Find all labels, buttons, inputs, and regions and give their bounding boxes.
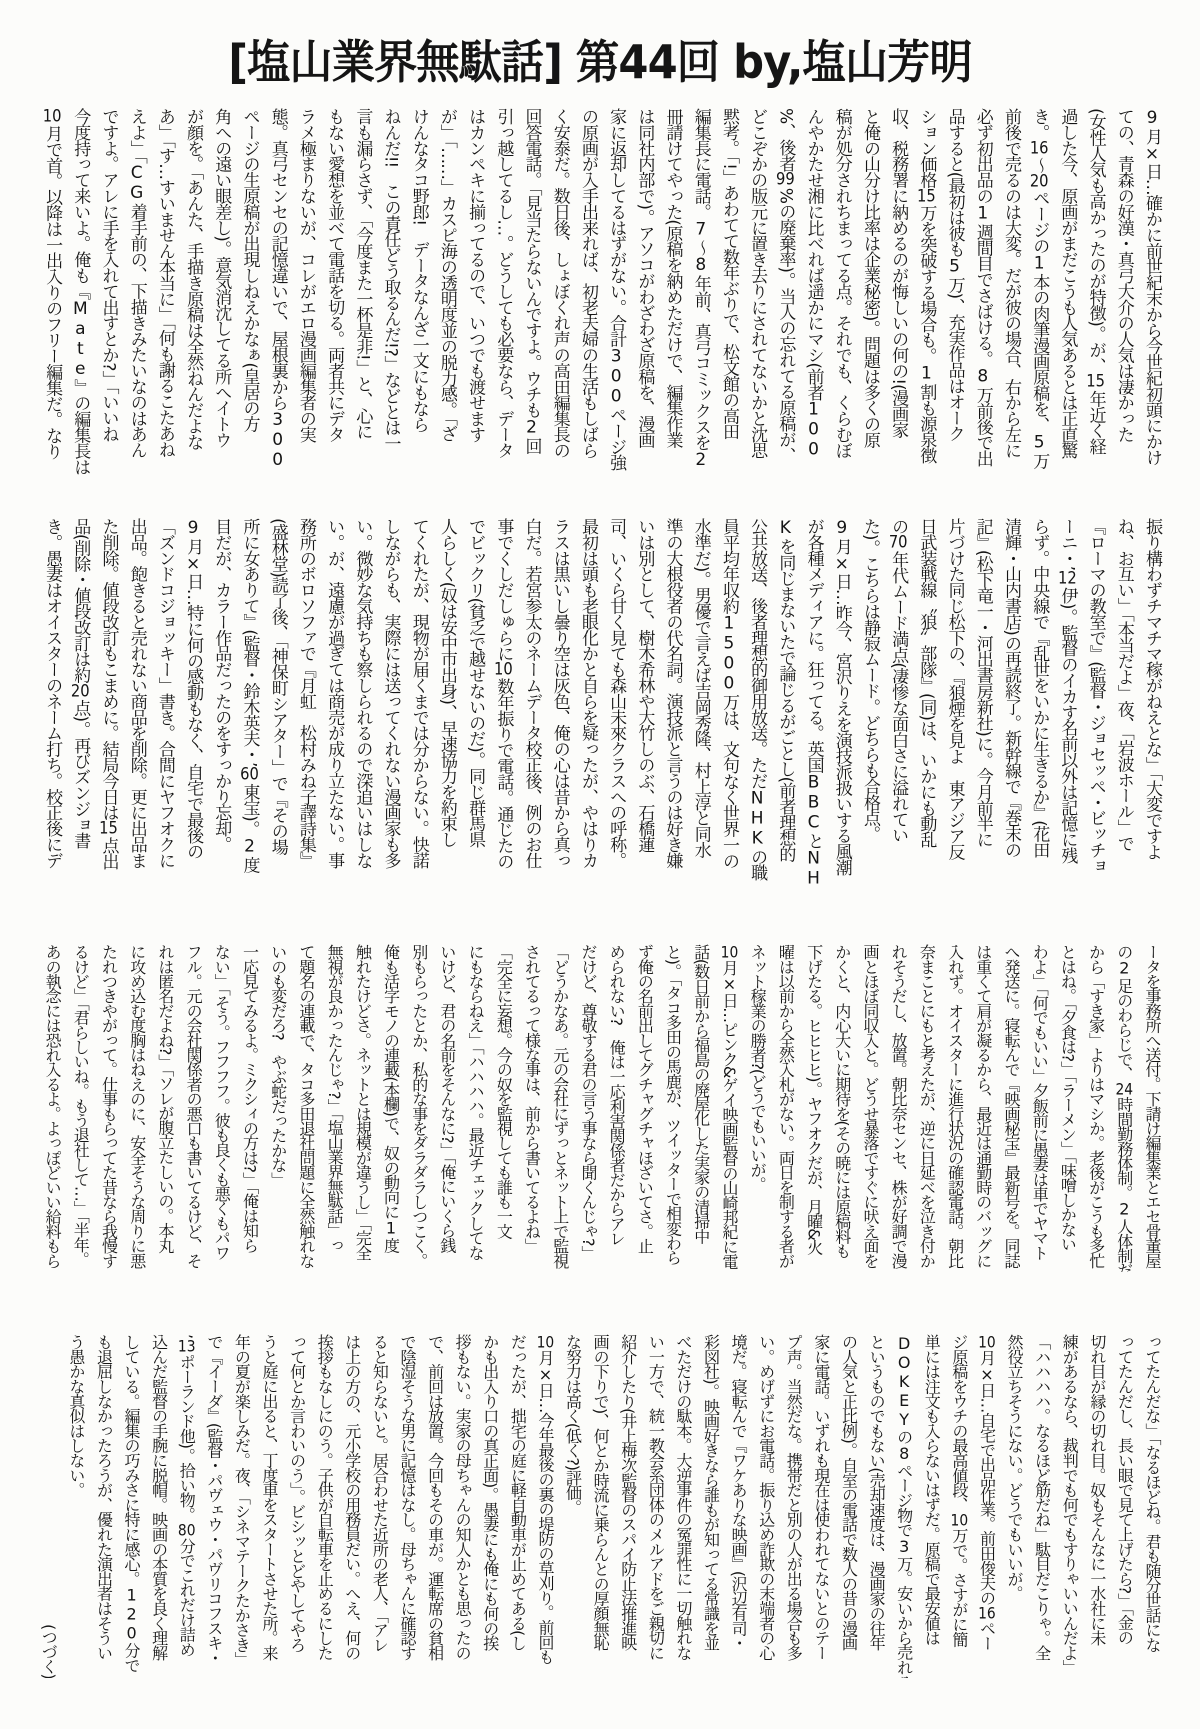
text-column: ラメ極まりないが、コレがエロ漫画編集者の実 (292, 108, 320, 480)
text-column: 「完全に妄想。今の奴を監視しても誰も一文 (489, 944, 517, 1272)
text-column: 清輝・山内書店)の再読終了。新幹線で『巻末の (997, 518, 1025, 892)
text-column: 稿が処分されちまってる点。それでも、くらむぼ (828, 108, 856, 480)
text-column: にもならねえ」「ハハハハ。最近チェックしてな (461, 944, 489, 1272)
text-column: って何とか言わいのう」。ビシッとどやしてやろ (283, 1334, 311, 1678)
text-column: 然役立ちそうにない。どうでもいいが。 (1000, 1334, 1028, 1678)
text-band-3: ータを事務所へ送付。下請け編集業とエセ骨董屋の2足のわらじで、24時間勤務体制。… (34, 944, 1166, 1272)
text-column: と俺の山分け比率は企業秘密)。問題は多くの原 (856, 108, 884, 480)
text-column: 年の夏が楽しみだ。夜、「シネマテークたかさき」 (228, 1334, 256, 1678)
text-column: が各種メディアに。狂ってる。英国BBCとNH (799, 518, 827, 892)
text-column: している。編集の巧みさに特に感心。120分で (117, 1334, 145, 1678)
text-column: いは別として、樹木希林や大竹しのぶ、石橋蓮 (630, 518, 658, 892)
text-band-4: ってたんだな」「なるほどね。君も随分世話になってたんだし、長い眼で見て上げたら?… (34, 1334, 1166, 1678)
text-column: 収、税務署に納めるのが悔しいの何の!(漫画家 (884, 108, 912, 480)
text-column: Kを同じまないたで論じるがごとし(前者理想的 (771, 518, 799, 892)
text-column: ってたんだし、長い眼で見て上げたら?」「金の (1111, 1334, 1139, 1678)
text-column: たれつきやがって。仕事もらってた昔なら我慢す (94, 944, 122, 1272)
text-column: は上の方の、元小学校の用務員だい。へえ、何の (338, 1334, 366, 1678)
text-column: DOKEYの8ページ物で3万。安いから売れる (890, 1334, 918, 1678)
text-column: 9月×日…確かに前世紀末から今世紀初頭にかけ (1138, 108, 1166, 480)
text-column: 最初は頭も老眼化かと自らを疑ったが、やはりカ (574, 518, 602, 892)
text-column: た)。こちらは静寂ムード。どちらも合格点。 (856, 518, 884, 892)
text-column: も退屈しなかったろうが、優れた演出者はそうい (90, 1334, 118, 1678)
text-column: 回答電話。「見当たらないんですよ。ウチも2回 (517, 108, 545, 480)
text-column: 拶もない。実家の母ちゃんの知人かとも思ったの (449, 1334, 477, 1678)
text-column: の2足のわらじで、24時間勤務体制。2人体制だ (1110, 944, 1138, 1272)
text-column: 今度持って来いよ。俺も『Mate』の編集長は (66, 108, 94, 480)
text-column: 出品。飽きると売れない商品を削除。更に出品ま (122, 518, 150, 892)
text-column: は重くて肩が凝るから、最近は通勤時のバッグに (969, 944, 997, 1272)
text-column: るけど」「君らしいね。もう退社して…」「半年。 (66, 944, 94, 1272)
text-column: だけど、尊敬する君の言う事なら聞くんじゃ?」 (574, 944, 602, 1272)
text-column: 境だ。寝転んで『ワケありな映画』(沢辺有司・ (725, 1334, 753, 1678)
text-column: 練があるなら、裁判でも何でもすりゃいいんだよ」 (1056, 1334, 1084, 1678)
page-title: [塩山業界無駄話] 第44回 by,塩山芳明 (68, 26, 1132, 92)
text-column: が顔を。「あんた、手描き原稿は全然ねんだよな (179, 108, 207, 480)
text-band-2: 振り構わずチマチマ稼がねえとな」「大変ですよね、お互い」「本当だよ」夜、「岩波ホ… (34, 518, 1166, 892)
text-column: 司、いくら甘く見ても森山未來クラスへの呼称。 (602, 518, 630, 892)
text-column: 9月×日…特に何の感動もなく、自宅で最後の (179, 518, 207, 892)
text-band-1: 9月×日…確かに前世紀末から今世紀初頭にかけての、青森の好漢・真弓大介の人気は凄… (34, 108, 1166, 480)
text-column: 品(削除・値段改訂は約20点)。再びズンジョ書 (66, 518, 94, 892)
text-column: ですよ。アレに手を入れて出すとか?」「いいね (94, 108, 122, 480)
text-column: 込んだ監督の手腕に脱帽。映画の本質を良く理解 (145, 1334, 173, 1678)
text-column: 員平均年収約1500万は、文句なく世界一の (715, 518, 743, 892)
text-column: 10月×日…ピンク&ゲイ映画監督の山崎邦紀に電 (715, 944, 743, 1272)
text-column: 引っ越してるし…。どうしても必要なら、データ (489, 108, 517, 480)
text-column: 日武装戦線〝狼〟部隊』(同)は、いかにも動乱 (912, 518, 940, 892)
text-column: い。めげずにお電話。振り込め詐欺の末端者の心 (752, 1334, 780, 1678)
text-column: 10月×日…自宅で出品作業。前田俊夫の16ペー (973, 1334, 1001, 1678)
page: [塩山業界無駄話] 第44回 by,塩山芳明 9月×日…確かに前世紀末から今世紀… (0, 0, 1200, 1729)
text-column: い一方で、統一教会系団体のメルアドをご親切に (642, 1334, 670, 1678)
text-column: ’13ポーランド他)。拾い物。80分でこれだけ詰め (173, 1334, 201, 1678)
text-column: とはね。「夕食は?」「ラーメン」「味噌しかない (1053, 944, 1081, 1272)
text-column: れそうだし、放置。朝比奈センセ、株が好調で漫 (884, 944, 912, 1272)
text-column: 必ず初出品の1週間目でさばける。8万前後で出 (969, 108, 997, 480)
text-column: 目だが、カラー作品だったのをすっかり忘却。 (207, 518, 235, 892)
text-column: ジ原稿をウチの最高値段、10万で。さすがに簡 (945, 1334, 973, 1678)
text-column: て題名の連載で、タコ多田退社問題に全然触れな (292, 944, 320, 1272)
text-column: から「すき家」よりはマシか。老後がこうも多忙 (1081, 944, 1109, 1272)
text-column: 『ローマの教室で』(監督・ジョセッペ・ビッチョ (1081, 518, 1109, 892)
text-column: 冊請けてやった(原稿を納めただけで、編集作業 (658, 108, 686, 480)
text-column: ての、青森の好漢・真弓大介の人気は凄かった (1110, 108, 1138, 480)
text-column: 10月×日…今年最後の裏の堤防の草刈り。前回も (531, 1334, 559, 1678)
text-column: うと庭に出ると、丁度車をスタートさせた所。来 (255, 1334, 283, 1678)
text-column: んやかたせ湘に比べれば遥かにマシ(前者100 (799, 108, 827, 480)
text-column: で陰湿そうな男に記憶はなし。母ちゃんに確認す (393, 1334, 421, 1678)
text-column: てくれたが、現物が届くまでは分からない。快諾 (405, 518, 433, 892)
text-column: 家に電話。いずれも現在は使われてないとのテー (807, 1334, 835, 1678)
text-column: (つづく) (35, 1334, 63, 1678)
text-column: かも出入り口の真正面)。愚妻にも俺にも何の挨 (476, 1334, 504, 1678)
text-column: けんなタコ野郎! データなんざ一文にもなら (405, 108, 433, 480)
text-column: 彩図社)。映画好きなら誰もが知ってる常識を並 (697, 1334, 725, 1678)
text-column: められない? 俺は一応利害関係者だからアレ (602, 944, 630, 1272)
text-column: 「ズンドコジョッキー」書き。合間にヤフオクに (151, 518, 179, 892)
text-column: はカンペキに揃ってるので、いつでも渡せます (461, 108, 489, 480)
text-column: 準の大根役者の代名詞。演技派と言うのは好き嫌 (658, 518, 686, 892)
text-column: へ発送に。寝転んで『映画秘宝』最新号を。同誌 (997, 944, 1025, 1272)
text-column: 紹介したり(井上梅次監督のスパイ防止法推進映 (614, 1334, 642, 1678)
text-column: な努力は高く(低く?)評価。 (559, 1334, 587, 1678)
text-column: されてるって様な事は、前から書いてるよね」 (517, 944, 545, 1272)
text-column: 事でくしだしゅらに10数年振りで電話。通じたの (489, 518, 517, 892)
text-column: (盛林堂)読了後、「神保町シアター」で『その場 (264, 518, 292, 892)
text-column: 画とほぼ同収入と。どうせ暴落ですぐに吠え面を (856, 944, 884, 1272)
text-column: 無視が良かったんじゃ?」「塩山業界無駄話」っ (320, 944, 348, 1272)
text-column: べただけの駄本。大逆事件の冤罪性に一切触れな (669, 1334, 697, 1678)
text-column: は同社内部で)。アソコがわざわざ原稿を、漫画 (630, 108, 658, 480)
text-column: 10月で首。以降は一出入りのフリー編集だ。なり (38, 108, 66, 480)
text-column: プ声。当然だな。携帯だと別の人が出る場合も多 (780, 1334, 808, 1678)
text-column: ーニ・’12伊)。監督のイカす名前以外は記憶に残 (1053, 518, 1081, 892)
text-column: 9月×日…昨今、宮沢りえを演技派扱いする風潮 (828, 518, 856, 892)
text-column: 「ハハハハ。なるほど筋だね」駄目だこりゃ。全 (1028, 1334, 1056, 1678)
text-column: 「どうかなあ。元の会社にずっとネット上で監視 (546, 944, 574, 1272)
text-column: フル。元の会社関係者の悪口も書いてるけど、そ (179, 944, 207, 1272)
text-column: 黙考。「!」あわてて数年ぶりで、松文館の高田 (715, 108, 743, 480)
text-column: 画の下りで)、何とか時流に乗らんとの厚顔無恥 (587, 1334, 615, 1678)
text-column: 俺も活字モノの連載(本欄)で、奴の動向に1度 (376, 944, 404, 1272)
text-column: 曜は以前から全然入札がない。両日を制する者が (771, 944, 799, 1272)
text-column: ない」「そう。フフフフ。彼も良くも悪くもパワ (207, 944, 235, 1272)
text-column: く安泰だ。数日後、しょぼくれ声の高田編集長の (546, 108, 574, 480)
text-column: 言も漏らさず、「今度また一杯是非!」と、心に (348, 108, 376, 480)
text-column: 単には注文も入らないはずだ。原稿で最安値は (918, 1334, 946, 1678)
text-column: 家に返却してるはずがない。合計300ページ強 (602, 108, 630, 480)
text-column: ると知らないと。居合わせた近所の老人、「アレ (366, 1334, 394, 1678)
text-column: 話(数日前から福島の廃屋化した実家の清掃中 (687, 944, 715, 1272)
text-column: 公共放送、後者理想的御用放送。ただNHKの職 (743, 518, 771, 892)
text-column: ってたんだな」「なるほどね。君も随分世話にな (1138, 1334, 1166, 1678)
text-column: 編集長に電話。7〜8年前、真弓コミックスを2 (687, 108, 715, 480)
text-column: 過した今、原画がまだこうも人気あるとは正直驚 (1053, 108, 1081, 480)
text-column: 下げたる。ヒヒヒヒ)。ヤフオクだが、月曜&火 (799, 944, 827, 1272)
text-column: わよ」「何でもいい」夕飯前に愚妻は車でヤマト (1025, 944, 1053, 1272)
text-column: もない愛想を並べて電話を切る。両者共にデタ (320, 108, 348, 480)
text-column: 人らしく(奴は安中市出身)、早速協力を約束し (433, 518, 461, 892)
text-column: の人気と正比例)。自室の電話で数人の昔の漫画 (835, 1334, 863, 1678)
text-column: れは匿名だよね?」「ソレが腹立たしいの。本丸 (151, 944, 179, 1272)
text-column: が」「……」カスピ海の透明度並の脱力感。「ざ (433, 108, 461, 480)
text-column: 品すると(最初は彼も5万)、充実作品はオーク (940, 108, 968, 480)
text-column: の原画が入手出来れば、初老夫婦の生活もしばら (574, 108, 602, 480)
text-column: 切れ目が縁の切れ目。奴もそんなに一水社に未 (1083, 1334, 1111, 1678)
text-column: で『イーダ』(監督・パヴェウ・パヴリコフスキ・ (200, 1334, 228, 1678)
text-column: というものでもない(売却速度は、漫画家の往年 (862, 1334, 890, 1678)
text-column: 白だ。若宮参太のネームデータ校正後、例のお仕 (517, 518, 545, 892)
text-column: でビックリ(貧乏で越せないのだ)。同じ群馬県 (461, 518, 489, 892)
text-column: 角への遠い眼差し)。意気消沈してる所へイトウ (207, 108, 235, 480)
text-column: らず。中央線で『乱世をいかに生きるか』(花田 (1025, 518, 1053, 892)
text-column: い。が、遠慮が過ぎては商売が成り立たない。事 (320, 518, 348, 892)
text-column: き。愚妻はオイスターのネーム打ち。校正後にデ (38, 518, 66, 892)
text-column: ータを事務所へ送付。下請け編集業とエセ骨董屋 (1138, 944, 1166, 1272)
text-column: 入れず。オイスターに進行状況の確認電話。朝比 (940, 944, 968, 1272)
text-column: しながらも、実際には送ってくれない漫画家も多 (376, 518, 404, 892)
text-column: かくと、内心大いに期待を(その暁には原稿料も (828, 944, 856, 1272)
text-column: ね、お互い」「本当だよ」夜、「岩波ホール」で (1110, 518, 1138, 892)
text-column: 振り構わずチマチマ稼がねえとな」「大変ですよ (1138, 518, 1166, 892)
text-column: と)。「タコ多田の馬鹿が、ツイッターで相変わら (658, 944, 686, 1272)
text-column: あの執念には恐れ入るよ。よっぽどいい給料もら (38, 944, 66, 1272)
text-column: あ」「す…すいません本当に」「何も謝るこたあね (151, 108, 179, 480)
text-column: だったが、拙宅の庭に軽自動車が止めてある(し (504, 1334, 532, 1678)
text-column: ション価格15万を突破する場合も。1割も源泉徴 (912, 108, 940, 480)
text-column: 水準だ)。男優で言えば吉岡秀隆、村上淳と同水 (687, 518, 715, 892)
text-column: 挨拶もなしにのう。子供が自転車を止めるにした (311, 1334, 339, 1678)
text-column: いのも変だろ? やぶ蛇だったかな」 (264, 944, 292, 1272)
text-column: いけど、君の名前をそんなに?」「俺にいくら銭 (433, 944, 461, 1272)
text-column: どこぞかの版元に置き去りにされてないかと沈思 (743, 108, 771, 480)
text-column: 所に女ありて』(監督・鈴木英夫・’60東宝)。2度 (235, 518, 263, 892)
text-column: ネット稼業の勝者?(どうでもいいが。 (743, 944, 771, 1272)
text-column: う愚かな真似はしない。 (62, 1334, 90, 1678)
text-column: た削除。値段改訂もこまめに。結局今日は15点出 (94, 518, 122, 892)
text-column: 別もらったとか、私的な事をダラダラしつこく。 (405, 944, 433, 1272)
text-column: 記』(松下竜一・河出書房新社)に。今月前半に (969, 518, 997, 892)
text-column: 一応見てみるよ。ミクシィの方は?」「俺は知ら (235, 944, 263, 1272)
text-column: 態。真弓センセの記憶違いで、屋根裏から300 (264, 108, 292, 480)
text-column: 片づけた同じ松下の、『狼煙を見よ 東アジア反 (940, 518, 968, 892)
text-column: の70年代ムード満点(凄惨な面白さに溢れてい (884, 518, 912, 892)
text-column: い。微妙な気持ちも察しられるので深追いはしな (348, 518, 376, 892)
text-column: 務所のボロソファで『月虹 松村みね子譯詩集』 (292, 518, 320, 892)
text-column: に攻め込む度胸はねえのに、安全そうな周りに悪 (122, 944, 150, 1272)
text-column: (女性人気も高かったのが特徴)。が、15年近く経 (1081, 108, 1109, 480)
text-column: 奈まことにもと考えたが、逆に日延べを泣き付か (912, 944, 940, 1272)
text-column: 前後で売るのは大変。だが彼の場合、右から左に (997, 108, 1025, 480)
text-column: えよ」「CG着手前の、下描きみたいなのはあん (122, 108, 150, 480)
text-column: ず俺の名前出してグチャグチャほざいてさ。止 (630, 944, 658, 1272)
text-column: で、前回は放置。今回もその車が。運転席の貧相 (421, 1334, 449, 1678)
text-column: ページの生原稿が出現しねえかなぁ(皇居の方 (235, 108, 263, 480)
text-column: ラスは黒いし曇り空は灰色、俺の心は昔から真っ (546, 518, 574, 892)
text-column: %、後者99%の廃棄率)。当人の忘れてる原稿が、 (771, 108, 799, 480)
text-column: ねんだ!! この責任どう取るんだ!?」などとは一 (376, 108, 404, 480)
text-column: き。16〜20ページの1本の肉筆漫画原稿を、5万 (1025, 108, 1053, 480)
text-column: 触れたけどさ。ネットとは規模が違うし」「完全 (348, 944, 376, 1272)
